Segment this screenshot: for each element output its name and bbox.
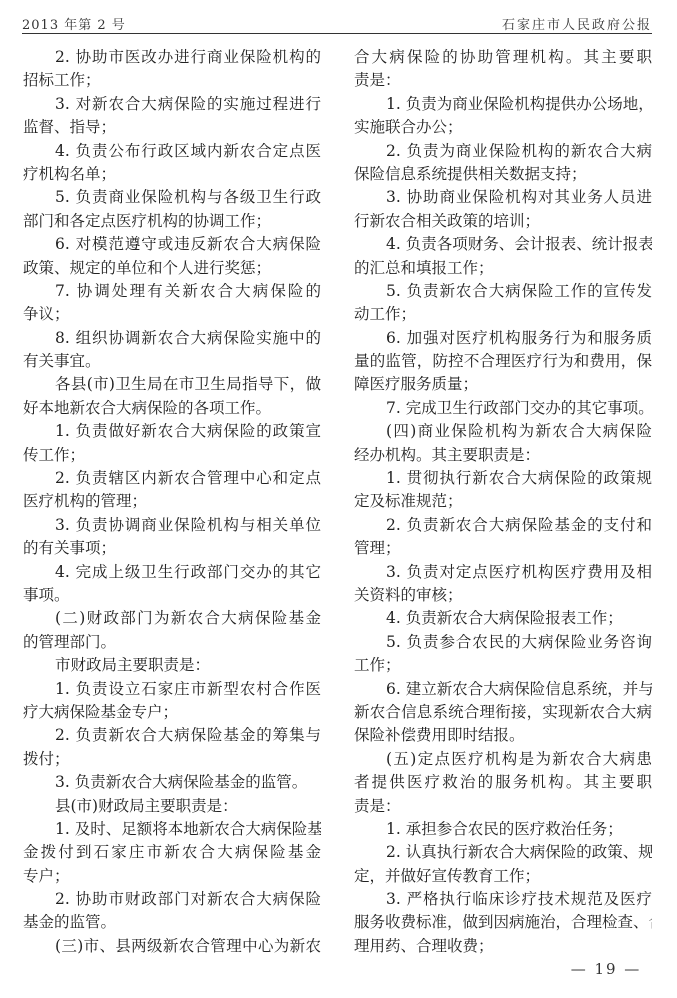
text-line: 的管理部门。 (23, 631, 321, 654)
text-line: 5. 负责新农合大病保险工作的宣传发 (354, 280, 652, 303)
text-line: 疗机构名单； (23, 163, 321, 186)
text-line: 2. 协助市医改办进行商业保险机构的 (23, 46, 321, 69)
text-line: 2. 负责新农合大病保险基金的支付和 (354, 514, 652, 537)
text-line: 动工作； (354, 303, 652, 326)
text-line: 6. 对模范遵守或违反新农合大病保险 (23, 233, 321, 256)
text-line: 6. 加强对医疗机构服务行为和服务质 (354, 327, 652, 350)
text-line: 5. 负责参合农民的大病保险业务咨询 (354, 631, 652, 654)
text-line: 的有关事项； (23, 537, 321, 560)
text-line: 合大病保险的协助管理机构。其主要职 (354, 46, 652, 69)
text-line: 拨付； (23, 748, 321, 771)
text-line: 专户； (23, 865, 321, 888)
text-line: 1. 及时、足额将本地新农合大病保险基 (23, 818, 321, 841)
text-line: 政策、规定的单位和个人进行奖惩； (23, 257, 321, 280)
text-line: 4. 负责新农合大病保险报表工作； (354, 607, 652, 630)
publication-title: 石家庄市人民政府公报 (502, 14, 652, 33)
text-line: 5. 负责商业保险机构与各级卫生行政 (23, 186, 321, 209)
text-line: 行新农合相关政策的培训； (354, 210, 652, 233)
text-line: 定，并做好宣传教育工作； (354, 865, 652, 888)
page-number: — 19 — (560, 960, 652, 978)
text-line: 金拨付到石家庄市新农合大病保险基金 (23, 841, 321, 864)
text-line: 的汇总和填报工作； (354, 257, 652, 280)
text-line: 4. 完成上级卫生行政部门交办的其它 (23, 561, 321, 584)
text-line: 1. 承担参合农民的医疗救治任务； (354, 818, 652, 841)
text-line: 关资料的审核； (354, 584, 652, 607)
text-line: 市财政局主要职责是： (23, 654, 321, 677)
text-line: 基金的监管。 (23, 911, 321, 934)
text-line: 3. 严格执行临床诊疗技术规范及医疗 (354, 888, 652, 911)
text-line: 事项。 (23, 584, 321, 607)
text-line: 6. 建立新农合大病保险信息系统，并与 (354, 678, 652, 701)
text-line: (四)商业保险机构为新农合大病保险 (354, 420, 652, 443)
text-line: 2. 协助市财政部门对新农合大病保险 (23, 888, 321, 911)
text-line: 责是： (354, 795, 652, 818)
text-line: 保险补偿费用即时结报。 (354, 724, 652, 747)
text-line: (三)市、县两级新农合管理中心为新农 (23, 935, 321, 958)
text-line: 量的监管，防控不合理医疗行为和费用，保 (354, 350, 652, 373)
text-line: 3. 负责协调商业保险机构与相关单位 (23, 514, 321, 537)
text-line: 各县(市)卫生局在市卫生局指导下，做 (23, 373, 321, 396)
text-line: 3. 对新农合大病保险的实施过程进行 (23, 93, 321, 116)
text-line: 传工作； (23, 444, 321, 467)
text-line: 3. 协助商业保险机构对其业务人员进 (354, 186, 652, 209)
text-line: 服务收费标准，做到因病施治，合理检查、合 (354, 911, 652, 934)
running-header: 2013 年第 2 号 石家庄市人民政府公报 (22, 10, 652, 34)
text-line: 经办机构。其主要职责是： (354, 444, 652, 467)
left-text-column: 2. 协助市医改办进行商业保险机构的招标工作；3. 对新农合大病保险的实施过程进… (23, 46, 321, 958)
text-line: 实施联合办公； (354, 116, 652, 139)
text-line: 招标工作； (23, 69, 321, 92)
text-line: 部门和各定点医疗机构的协调工作； (23, 210, 321, 233)
text-line: 好本地新农合大病保险的各项工作。 (23, 397, 321, 420)
text-line: 有关事宜。 (23, 350, 321, 373)
text-line: 争议； (23, 303, 321, 326)
text-line: 8. 组织协调新农合大病保险实施中的 (23, 327, 321, 350)
text-line: 新农合信息系统合理衔接，实现新农合大病 (354, 701, 652, 724)
text-line: 保险信息系统提供相关数据支持； (354, 163, 652, 186)
text-line: 障医疗服务质量； (354, 373, 652, 396)
text-line: 工作； (354, 654, 652, 677)
text-line: 4. 负责各项财务、会计报表、统计报表 (354, 233, 652, 256)
text-line: 2. 负责辖区内新农合管理中心和定点 (23, 467, 321, 490)
text-line: 者提供医疗救治的服务机构。其主要职 (354, 771, 652, 794)
text-line: 3. 负责对定点医疗机构医疗费用及相 (354, 561, 652, 584)
text-line: 县(市)财政局主要职责是： (23, 795, 321, 818)
text-line: 3. 负责新农合大病保险基金的监管。 (23, 771, 321, 794)
text-line: 4. 负责公布行政区域内新农合定点医 (23, 140, 321, 163)
text-line: 1. 贯彻执行新农合大病保险的政策规 (354, 467, 652, 490)
text-line: 医疗机构的管理； (23, 490, 321, 513)
text-line: 2. 认真执行新农合大病保险的政策、规 (354, 841, 652, 864)
issue-label: 2013 年第 2 号 (22, 14, 126, 33)
right-text-column: 合大病保险的协助管理机构。其主要职责是：1. 负责为商业保险机构提供办公场地，实… (354, 46, 652, 958)
text-line: 2. 负责新农合大病保险基金的筹集与 (23, 724, 321, 747)
text-line: 1. 负责设立石家庄市新型农村合作医 (23, 678, 321, 701)
text-line: 理用药、合理收费； (354, 935, 652, 958)
text-line: (五)定点医疗机构是为新农合大病患 (354, 748, 652, 771)
text-line: 1. 负责为商业保险机构提供办公场地， (354, 93, 652, 116)
text-line: 监督、指导； (23, 116, 321, 139)
text-line: 7. 完成卫生行政部门交办的其它事项。 (354, 397, 652, 420)
text-line: 管理； (354, 537, 652, 560)
text-line: 疗大病保险基金专户； (23, 701, 321, 724)
text-line: 责是： (354, 69, 652, 92)
text-line: 2. 负责为商业保险机构的新农合大病 (354, 140, 652, 163)
text-line: 1. 负责做好新农合大病保险的政策宣 (23, 420, 321, 443)
text-line: 定及标准规范； (354, 490, 652, 513)
text-line: (二)财政部门为新农合大病保险基金 (23, 607, 321, 630)
text-line: 7. 协调处理有关新农合大病保险的 (23, 280, 321, 303)
